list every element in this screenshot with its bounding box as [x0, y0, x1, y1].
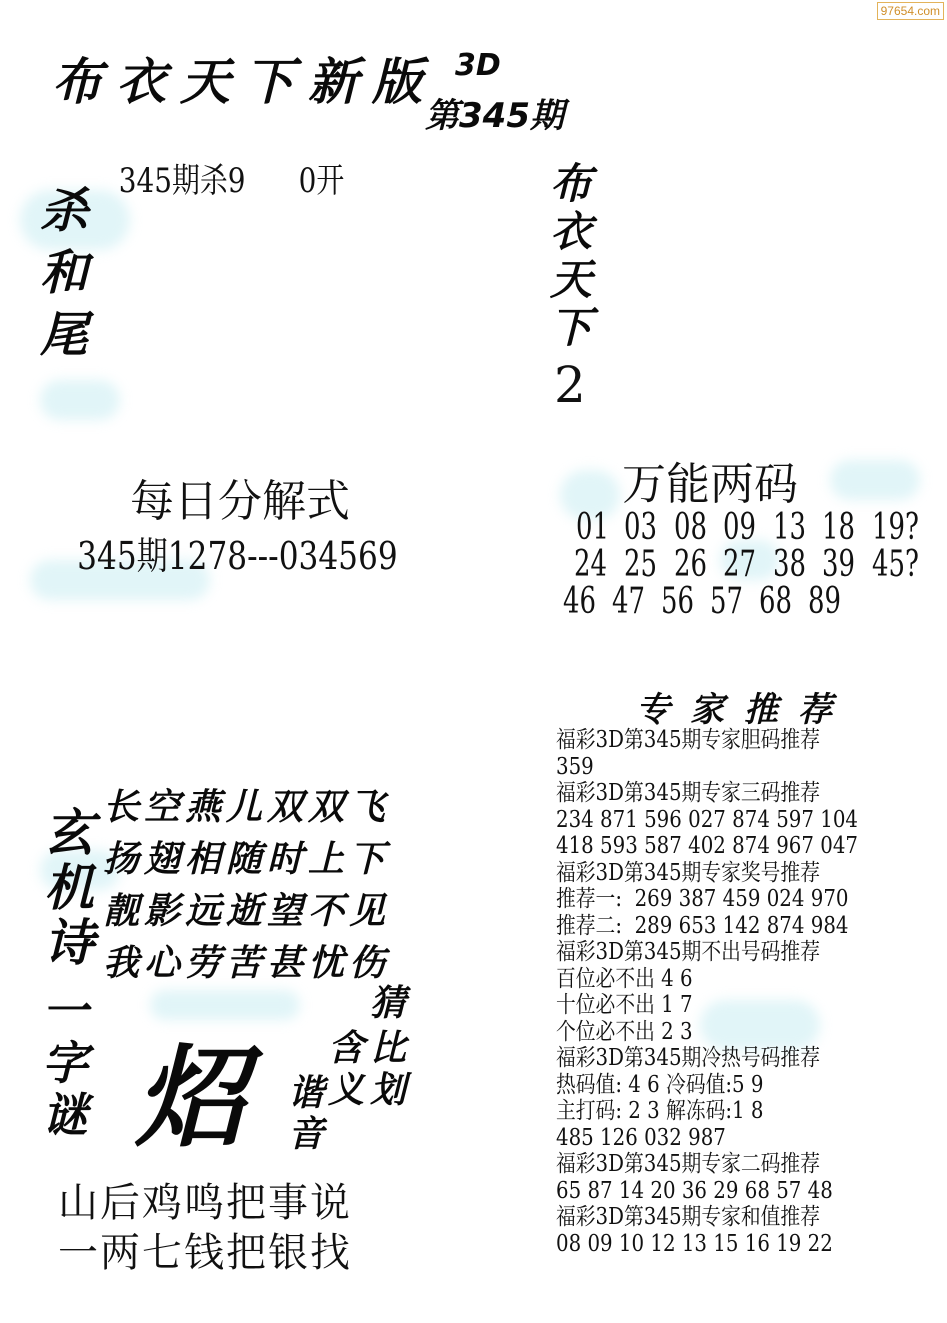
poem-label-char: 机: [44, 861, 104, 916]
expert-line: 十位必不出 1 7: [556, 992, 858, 1019]
code-cell: 39: [822, 544, 855, 585]
code-cell: 27: [723, 544, 756, 585]
riddle-label-char: 一: [42, 985, 98, 1037]
code-cell: 25: [624, 544, 657, 585]
riddle-hint: 划: [370, 1062, 406, 1113]
code-cell: 89: [808, 581, 841, 622]
riddle-hint: 音: [288, 1106, 324, 1157]
riddle-label-char: 谜: [42, 1089, 98, 1141]
poem-side-label: 玄 机 诗: [44, 806, 104, 971]
banner-number: 2: [554, 356, 586, 414]
expert-title: 专家推荐: [636, 682, 852, 731]
watermark-smudge: [40, 380, 120, 420]
banner-char: 衣: [550, 208, 610, 256]
banner-char: 布: [550, 160, 610, 208]
banner-char: 天: [550, 256, 610, 304]
expert-line: 百位必不出 4 6: [556, 966, 858, 993]
rhyme-verse: 山后鸡鸣把事说 一两七钱把银找: [58, 1178, 352, 1278]
universal-codes-title: 万能两码: [622, 448, 798, 512]
decomposition-line: 345期1278---034569: [77, 525, 397, 580]
game-label: 3D: [455, 48, 501, 83]
poem-label-char: 诗: [44, 916, 104, 971]
code-cell: 03: [624, 507, 657, 548]
expert-line: 主打码: 2 3 解冻码:1 8: [556, 1098, 858, 1125]
kill-label-char: 杀: [40, 180, 100, 242]
poem-line: 我心劳苦甚忧伤: [103, 938, 390, 990]
code-cell: 09: [723, 507, 756, 548]
kill-label-char: 尾: [40, 304, 100, 366]
decomposition-title: 每日分解式: [130, 465, 350, 529]
expert-line: 485 126 032 987: [556, 1125, 858, 1152]
code-cell: 47: [612, 581, 645, 622]
rhyme-line: 一两七钱把银找: [58, 1228, 352, 1278]
code-cell: 38: [773, 544, 806, 585]
expert-line: 推荐一: 269 387 459 024 970: [556, 886, 858, 913]
code-cell: 24: [574, 544, 607, 585]
expert-line: 福彩3D第345期不出号码推荐: [556, 939, 858, 966]
site-watermark-badge: 97654.com: [877, 2, 944, 20]
kill-sum-vertical-label: 杀 和 尾: [40, 180, 100, 366]
riddle-hint: 猜: [370, 975, 406, 1026]
poem-line: 扬翅相随时上下: [103, 834, 390, 886]
poem-line: 靓影远逝望不见: [103, 886, 390, 938]
riddle-side-label: 一 字 谜: [42, 985, 98, 1141]
code-cell: 46: [563, 581, 596, 622]
expert-line: 推荐二: 289 653 142 874 984: [556, 913, 858, 940]
expert-line: 个位必不出 2 3: [556, 1019, 858, 1046]
expert-line: 418 593 587 402 874 967 047: [556, 833, 858, 860]
expert-line: 福彩3D第345期专家三码推荐: [556, 780, 858, 807]
kill-label-char: 和: [40, 242, 100, 304]
expert-line: 福彩3D第345期专家胆码推荐: [556, 727, 858, 754]
kill-sum-line: 345期杀9 0开: [119, 153, 345, 202]
code-cell: 26: [674, 544, 707, 585]
riddle-character: 炤: [135, 1010, 245, 1168]
expert-line: 08 09 10 12 13 15 16 19 22: [556, 1231, 858, 1258]
expert-line: 福彩3D第345期专家二码推荐: [556, 1151, 858, 1178]
expert-line: 65 87 14 20 36 29 68 57 48: [556, 1178, 858, 1205]
watermark-smudge: [830, 460, 920, 500]
code-cell: 57: [710, 581, 743, 622]
poem-line: 长空燕儿双双飞: [103, 782, 390, 834]
code-cell: 13: [773, 507, 806, 548]
poem-label-char: 玄: [44, 806, 104, 861]
riddle-hint: 义: [328, 1062, 364, 1113]
code-cell: 18: [822, 507, 855, 548]
expert-line: 359: [556, 754, 858, 781]
riddle-label-char: 字: [42, 1037, 98, 1089]
expert-line: 福彩3D第345期专家和值推荐: [556, 1204, 858, 1231]
code-cell: 08: [674, 507, 707, 548]
expert-list: 福彩3D第345期专家胆码推荐 359 福彩3D第345期专家三码推荐 234 …: [556, 727, 907, 1257]
expert-line: 福彩3D第345期专家奖号推荐: [556, 860, 858, 887]
issue-label: 第345期: [425, 88, 564, 137]
code-cell: 56: [661, 581, 694, 622]
expert-line: 福彩3D第345期冷热号码推荐: [556, 1045, 858, 1072]
code-cell: 01: [576, 507, 609, 548]
page-title: 布衣天下新版: [52, 42, 436, 114]
side-banner: 布 衣 天 下: [550, 160, 610, 352]
code-cell: 45?: [872, 544, 919, 585]
code-cell: 19?: [872, 507, 919, 548]
banner-char: 下: [550, 304, 610, 352]
expert-line: 234 871 596 027 874 597 104: [556, 807, 858, 834]
rhyme-line: 山后鸡鸣把事说: [58, 1178, 352, 1228]
code-cell: 68: [759, 581, 792, 622]
expert-line: 热码值: 4 6 冷码值:5 9: [556, 1072, 858, 1099]
poem-lines: 长空燕儿双双飞 扬翅相随时上下 靓影远逝望不见 我心劳苦甚忧伤: [103, 782, 390, 990]
